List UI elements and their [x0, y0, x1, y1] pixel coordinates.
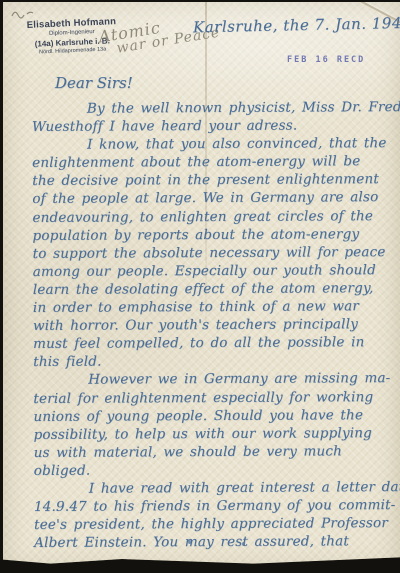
body-line: obliged.	[34, 460, 398, 480]
ink-speck	[188, 540, 191, 544]
body-line: By the well known physicist, Miss Dr. Fr…	[32, 98, 396, 118]
body-line: this field.	[33, 351, 397, 371]
body-line: in order to emphasise to think of a new …	[33, 297, 397, 317]
body-line: I know, that you also convinced, that th…	[32, 134, 396, 154]
received-stamp: FEB 16 RECD	[287, 55, 365, 65]
body-line: population by reports about the atom-ene…	[32, 225, 396, 245]
letter-paper: Elisabeth Hofmann Diplom-Ingenieur (14a)…	[3, 2, 400, 571]
body-line: Wuesthoff I have heard your adress.	[32, 116, 396, 136]
body-line: among our people. Especially our youth s…	[33, 261, 397, 281]
body-line: terial for enlightenment especially for …	[33, 388, 397, 408]
body-line: Albert Einstein. You may rest assured, t…	[34, 532, 398, 552]
body-line: enlightenment about the atom-energy will…	[32, 152, 396, 172]
body-line: 14.9.47 to his friends in Germany of you…	[34, 496, 398, 516]
body-line: to support the absolute necessary will f…	[33, 243, 397, 263]
body-line: with horror. Our youth's teachers princi…	[33, 315, 397, 335]
body-line: learn the desolating effect of the atom …	[33, 279, 397, 299]
body-line: us with material, we should be very much	[34, 442, 398, 462]
body-line: tee's president, the highly appreciated …	[34, 514, 398, 534]
salutation: Dear Sirs!	[55, 74, 133, 92]
ink-speck	[242, 542, 245, 546]
body-line: I have read with great interest a letter…	[34, 478, 398, 498]
body-line: the decisive point in the present enligh…	[32, 170, 396, 190]
body-line: unions of young people. Should you have …	[33, 406, 397, 426]
body-line: of the people at large. We in Germany ar…	[32, 189, 396, 209]
body-line: endeavouring, to enlighten great circles…	[32, 207, 396, 227]
pencil-scribble-mark	[10, 8, 36, 20]
body-line: possibility, to help us with our work su…	[34, 424, 398, 444]
body-line: must feel compelled, to do all the possi…	[33, 333, 397, 353]
letter-body: By the well known physicist, Miss Dr. Fr…	[32, 98, 398, 552]
body-line: However we in Germany are missing ma-	[33, 369, 397, 389]
date-line: Karlsruhe, the 7. Jan. 1948.	[193, 14, 400, 37]
